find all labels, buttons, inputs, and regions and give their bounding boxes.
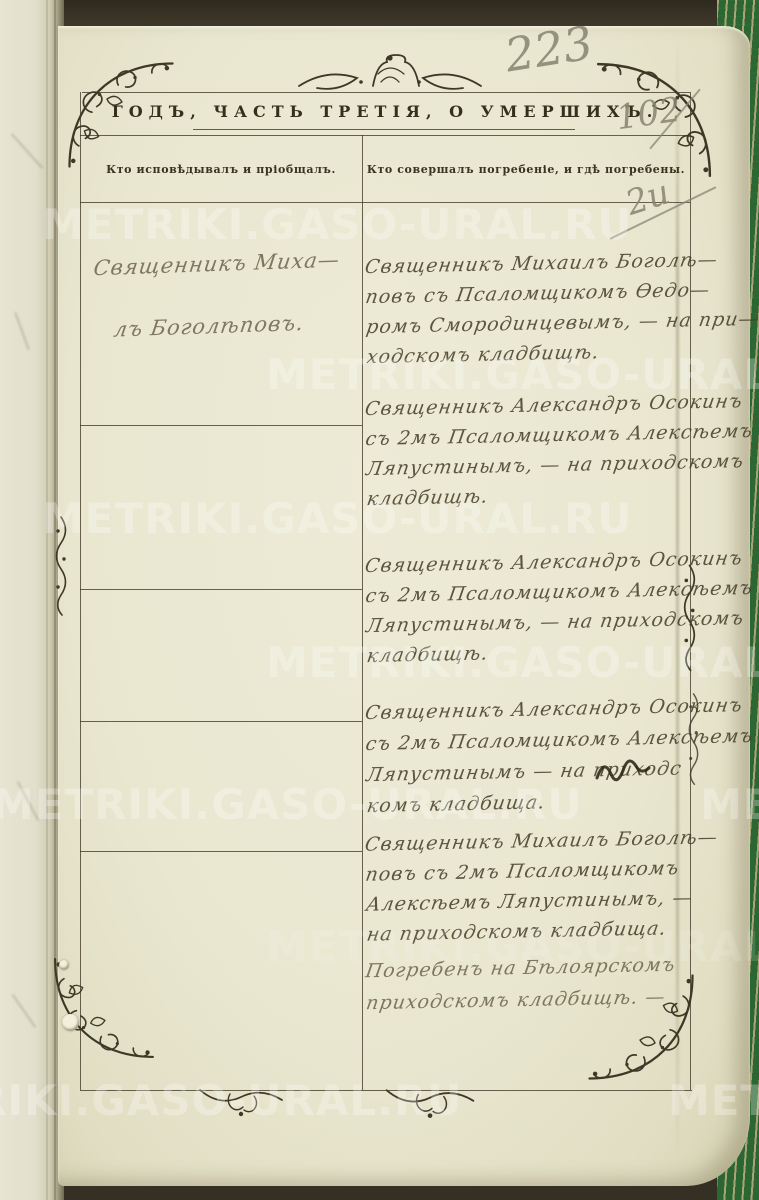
ghost-handwriting xyxy=(11,133,43,169)
top-center-ornament xyxy=(295,52,485,92)
watermark-text: METRIKI.GASO-URAL.RU xyxy=(42,200,633,249)
paper-hole xyxy=(59,960,69,970)
entry-line: приходскомъ кладбищѣ. — xyxy=(364,981,679,1020)
title-underline xyxy=(193,129,575,130)
ghost-handwriting xyxy=(14,312,30,350)
ink-scribble xyxy=(594,752,652,792)
watermark-text: METRIKI.GASO-URAL.RU xyxy=(700,780,759,829)
watermark-text: METRIKI.GASO-URAL.RU xyxy=(266,922,759,971)
ghost-handwriting xyxy=(12,994,37,1028)
row-divider xyxy=(80,589,362,590)
watermark-text: METRIKI.GASO-URAL.RU xyxy=(42,494,633,543)
column-header-left: Кто исповѣдывалъ и пріобщалъ. xyxy=(80,163,362,176)
watermark-text: METRIKI.GASO-URAL.RU xyxy=(0,780,583,829)
table-top-rule xyxy=(80,135,690,136)
entry-line: Священникъ Миха— xyxy=(87,248,342,319)
scanned-metrical-book-page: ГОДЪ, ЧАСТЬ ТРЕТІЯ, О УМЕРШИХЪ. Кто испо… xyxy=(0,0,759,1200)
watermark-text: METRIKI.GASO-URAL.RU xyxy=(266,350,759,399)
column-header-right: Кто совершалъ погребеніе, и гдѣ погребен… xyxy=(362,163,690,176)
paper-hole xyxy=(62,1014,79,1031)
watermark-text: METRIKI.GASO-URAL.RU xyxy=(668,1076,759,1125)
row-divider xyxy=(80,721,362,722)
frame-top-rule xyxy=(82,92,690,93)
page-title: ГОДЪ, ЧАСТЬ ТРЕТІЯ, О УМЕРШИХЪ. xyxy=(80,102,690,121)
watermark-text: METRIKI.GASO-URAL.RU xyxy=(0,1076,463,1125)
row-divider xyxy=(80,851,362,852)
row-divider xyxy=(80,425,362,426)
watermark-text: METRIKI.GASO-URAL.RU xyxy=(266,638,759,687)
